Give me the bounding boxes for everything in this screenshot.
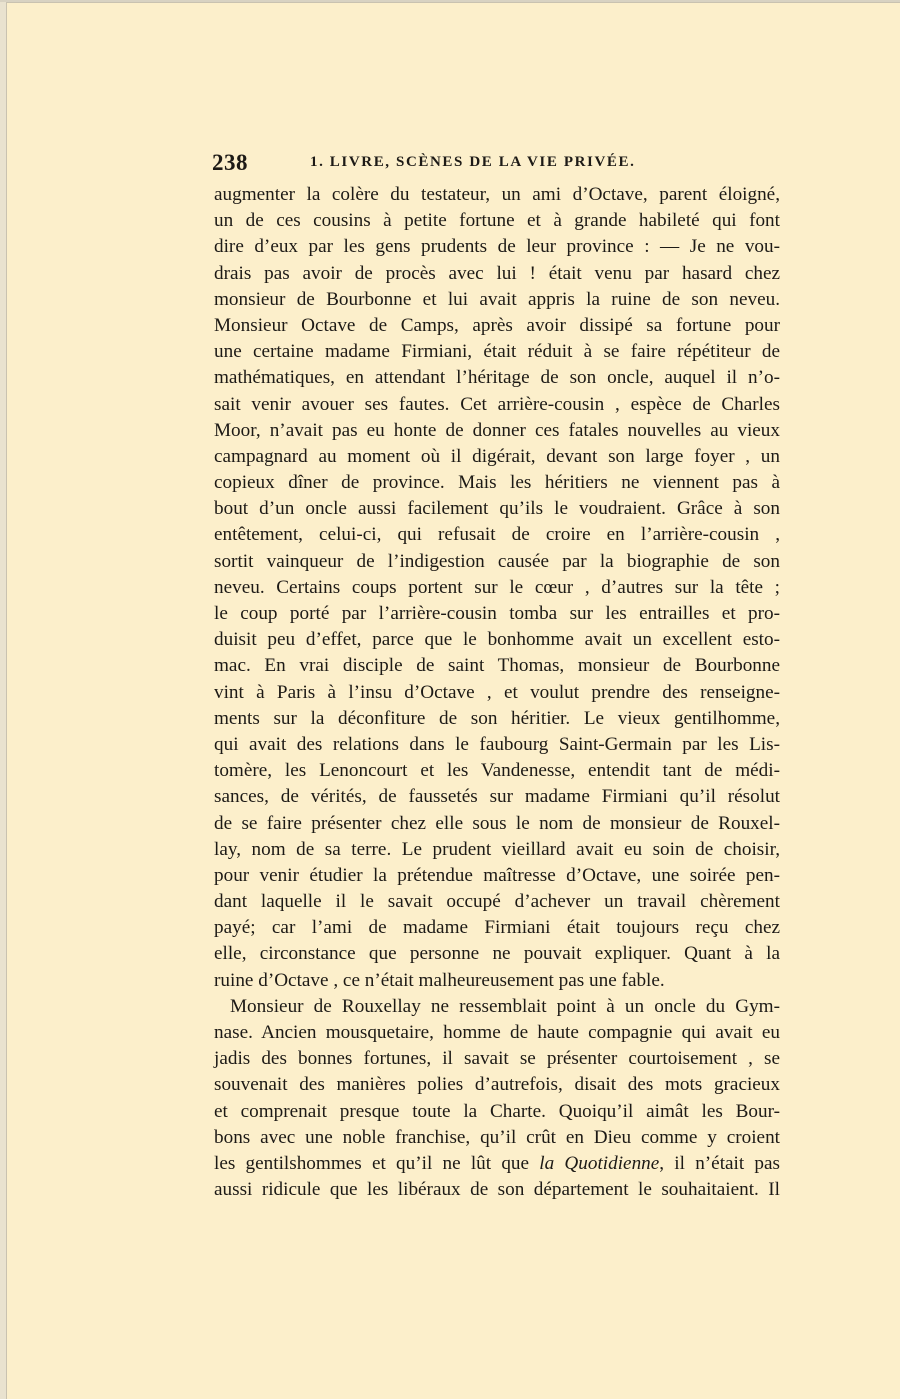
text-line: le coup porté par l’arrière-cousin tomba… <box>214 601 780 627</box>
text-line: qui avait des relations dans le faubourg… <box>214 732 780 758</box>
text-line: drais pas avoir de procès avec lui ! éta… <box>214 261 780 287</box>
text-line: bons avec une noble franchise, qu’il crû… <box>214 1125 780 1151</box>
text-line-with-italic: les gentilshommes et qu’il ne lût que la… <box>214 1151 780 1177</box>
text-line: une certaine madame Firmiani, était rédu… <box>214 339 780 365</box>
page-header: 238 1. LIVRE, SCÈNES DE LA VIE PRIVÉE. <box>212 150 782 180</box>
text-line: entêtement, celui-ci, qui refusait de cr… <box>214 522 780 548</box>
text-line: augmenter la colère du testateur, un ami… <box>214 182 780 208</box>
text-line: souvenait des manières polies d’autrefoi… <box>214 1072 780 1098</box>
text-line: monsieur de Bourbonne et lui avait appri… <box>214 287 780 313</box>
text-line: duisit peu d’effet, parce que le bonhomm… <box>214 627 780 653</box>
text-line: vint à Paris à l’insu d’Octave , et voul… <box>214 680 780 706</box>
text-line: ruine d’Octave , ce n’était malheureusem… <box>214 968 780 994</box>
text-line: jadis des bonnes fortunes, il savait se … <box>214 1046 780 1072</box>
text-segment: les gentilshommes et qu’il ne lût que <box>214 1153 539 1174</box>
text-line: nase. Ancien mousquetaire, homme de haut… <box>214 1020 780 1046</box>
running-head: 1. LIVRE, SCÈNES DE LA VIE PRIVÉE. <box>310 154 635 171</box>
text-line: dire d’eux par les gens prudents de leur… <box>214 234 780 260</box>
text-line: sait venir avouer ses fautes. Cet arrièr… <box>214 392 780 418</box>
text-line: Monsieur Octave de Camps, après avoir di… <box>214 313 780 339</box>
text-line: sortit vainqueur de l’indigestion causée… <box>214 549 780 575</box>
text-segment: , il n’était pas <box>659 1153 780 1174</box>
text-line: campagnard au moment où il digérait, dev… <box>214 444 780 470</box>
paragraph-2-lines: Monsieur de Rouxellay ne ressemblait poi… <box>214 994 780 1151</box>
text-line: elle, circonstance que personne ne pouva… <box>214 941 780 967</box>
text-line: Monsieur de Rouxellay ne ressemblait poi… <box>214 994 780 1020</box>
text-line: lay, nom de sa terre. Le prudent vieilla… <box>214 837 780 863</box>
text-line: mathématiques, en attendant l’héritage d… <box>214 365 780 391</box>
text-line: ments sur la déconfiture de son héritier… <box>214 706 780 732</box>
text-line: Moor, n’avait pas eu honte de donner ces… <box>214 418 780 444</box>
paragraph-1: augmenter la colère du testateur, un ami… <box>214 182 780 994</box>
text-line: aussi ridicule que les libéraux de son d… <box>214 1177 780 1203</box>
text-line: pour venir étudier la prétendue maîtress… <box>214 863 780 889</box>
body-text: augmenter la colère du testateur, un ami… <box>214 182 780 1203</box>
text-line: copieux dîner de province. Mais les héri… <box>214 470 780 496</box>
text-line: sances, de vérités, de faussetés sur mad… <box>214 784 780 810</box>
text-line: tomère, les Lenoncourt et les Vandenesse… <box>214 758 780 784</box>
paragraph-2: Monsieur de Rouxellay ne ressemblait poi… <box>214 994 780 1204</box>
text-line: payé; car l’ami de madame Firmiani était… <box>214 915 780 941</box>
text-line: bout d’un oncle aussi facilement qu’ils … <box>214 496 780 522</box>
text-line: de se faire présenter chez elle sous le … <box>214 811 780 837</box>
text-line: mac. En vrai disciple de saint Thomas, m… <box>214 653 780 679</box>
newspaper-title: la Quotidienne <box>539 1153 659 1174</box>
page-number: 238 <box>212 150 248 176</box>
text-line: et comprenait presque toute la Charte. Q… <box>214 1099 780 1125</box>
text-line: neveu. Certains coups portent sur le cœu… <box>214 575 780 601</box>
text-line: dant laquelle il le savait occupé d’ache… <box>214 889 780 915</box>
text-line: un de ces cousins à petite fortune et à … <box>214 208 780 234</box>
